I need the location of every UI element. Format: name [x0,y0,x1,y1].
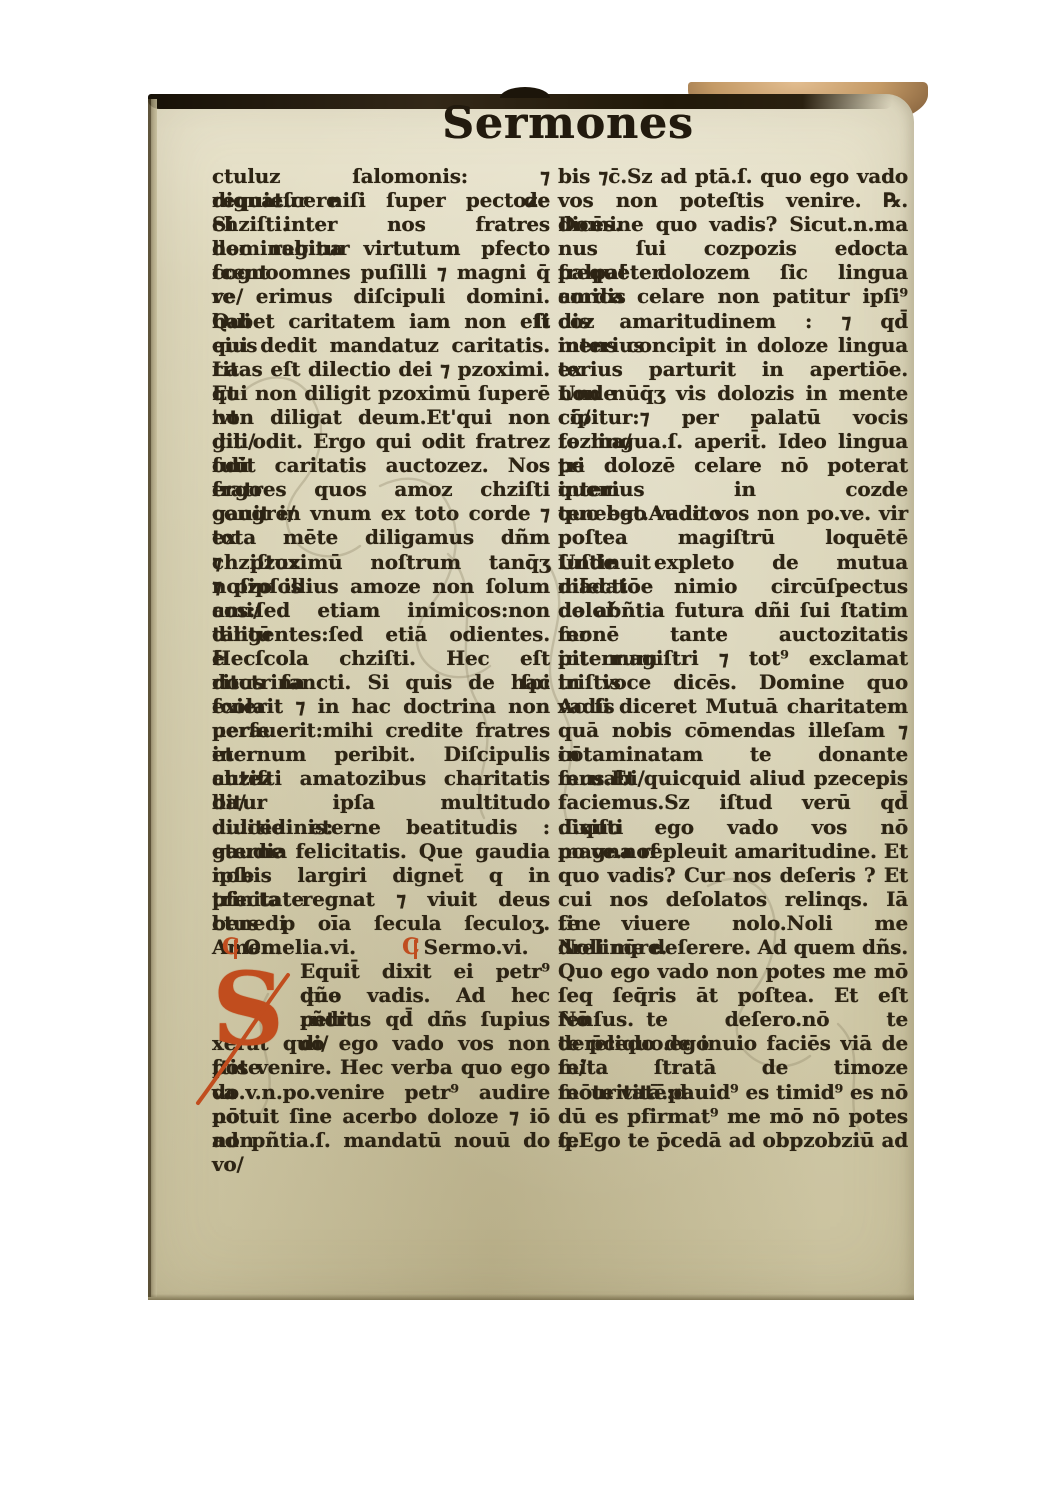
text-line: mens concipit in doloze lingua ex [558,333,908,357]
text-line: ritus ſancti. Si quis de hac ſcola [212,670,550,694]
text-line: hec regina virtutum pfecto cogno [212,236,550,260]
text-line: te viuere nolo.Noli me drelinq̄re. [558,911,908,935]
text-line: ctus p oīa ſecula ſeculoʒ. Amen. [212,911,550,935]
text-line: chziſti amatozibus charitatis da/ [212,766,550,790]
text-line: bis ⁊c̄.Sz ad ptā.ſ. quo ego vado [558,164,908,188]
text-line: Noli me deſerere. Ad quem dñs. [558,935,908,959]
book-page: Sermones ctuluz ſalomonis: ⁊ requieſcere… [148,94,914,1300]
text-line: q.Ego te p̄cedā ad obpzobziū ad [558,1128,908,1152]
text-line: te p̄cedo de inuio faciēs viā de ſe/ [558,1031,908,1055]
text-line: vos non poteſtis venire. ℞. dicēs. [558,188,908,212]
text-line: ſeq ſeq̄ris āt poſtea. Et eſt ſenſus. [558,983,908,1007]
text-line: monē tante auctozitatis interrum [558,622,908,646]
scanned-book-photo: Sermones ctuluz ſalomonis: ⁊ requieſcere… [0,0,1060,1500]
text-line: Si inter nos fratres dominabitur [212,212,550,236]
text-line: Unde expleto de mutua dilectiōe [558,550,908,574]
text-line: ritas eſt dilectio dei ⁊ pzoximi. Et [212,357,550,381]
text-line: nobis largiri dignet̄ q in trinitate [212,863,550,887]
text-line: ē ſcola chziſti. Hec eſt doctrina ſpi [212,646,550,670]
text-line: palpat dolozem ſic lingua cordis [558,260,908,284]
text-line: do.v.n.po.venire petr⁹ audire nō [212,1080,550,1104]
text-line: habet caritatem iam non eſt eius [212,309,550,333]
text-line: te lingua.ſ. aperit̄. Ideo lingua pe [558,429,908,453]
text-line: diligentes:ſed etiā odientes. Hec [212,622,550,646]
left-column: ctuluz ſalomonis: ⁊ requieſcere dedignat… [212,164,550,1152]
text-line: dis amaritudinem : ⁊ qd̄ interius [558,309,908,333]
drop-cap-block: S Equit̄ dixit ei petr⁹ dñequo vadis. Ad… [212,959,550,1031]
text-line: mus.Et quicquid aliud pzecepis [558,766,908,790]
running-title: Sermones [442,98,694,149]
text-line: xerat quo ego vado vos non pote [212,1031,550,1055]
text-line: mōte vitā.pauid⁹ es timid⁹ es nō [558,1080,908,1104]
text-line: quo vadis? Cur nos deſeris ? Et [558,863,908,887]
text-line: ſcent omnes puſilli ⁊ magni q̄ ve/ [212,260,550,284]
text-line: quo ego vado vos non po.ve. vir [558,501,908,525]
left-column-closing: xerat quo ego vado vos non poteſtis veni… [212,1031,550,1151]
text-line: ad pñtia.ſ. mandatū nouū do vo/ [212,1128,550,1152]
text-line: tota mēte diligamus dñm chziſtuz [212,525,550,549]
text-line: bitur ipſa multitudo dulcedinis: [212,790,550,814]
right-column-body: bis ⁊c̄.Sz ad ptā.ſ. quo ego vadovos non… [558,164,908,1152]
sermon-heading: C Sermo.vi. [402,935,529,959]
text-line: non diligat deum.Et'qui non dili/ [212,405,550,429]
drop-cap-lines: Equit̄ dixit ei petr⁹ dñequo vadis. Ad h… [212,959,550,1031]
text-line: quā nobis cōmendas illeſam ⁊ in [558,718,908,742]
text-line: magna repleuit amaritudine. Et [558,839,908,863]
text-line: ſtis venire. Hec verba quo ego va [212,1055,550,1079]
capitulum-icon: C [222,935,240,959]
text-line: fratres quos amoz chziſti congre/ [212,477,550,501]
text-line: faciemus.Sz iſtud verū qd̄ dixiſti [558,790,908,814]
text-line: terius parturit in apertiōe. Unde [558,357,908,381]
text-line: cui nos deſolatos relinqs. Iā ſine [558,887,908,911]
text-line: cipitur:⁊ per palatū vocis fozma/ [558,405,908,429]
text-line: in voce dicēs. Domine quo vadis [558,670,908,694]
text-line: exierit ⁊ in hac doctrina non perſe [212,694,550,718]
text-line: pit magiſtri ⁊ tot⁹ exclamat triſtis [558,646,908,670]
text-line: dignatur niſi ſuper pectoze chziſti. [212,188,550,212]
text-line: qui dedit mandatuz caritatis. La [212,333,550,357]
text-line: tri dolozē celare nō poterat quem [558,453,908,477]
text-line: Equit̄ dixit ei petr⁹ dñe [212,959,550,983]
text-line: git odit. Ergo qui odit fratrez ſuū [212,429,550,453]
text-line: uerauerit:mihi credite fratres in [212,718,550,742]
text-line: cōtaminatam te donante ſeruabi/ [558,742,908,766]
text-line: ctuluz ſalomonis: ⁊ requieſcere de [212,164,550,188]
text-line: amica celare non patitur ipſi⁹ coz [558,284,908,308]
text-line: .ſ.quo ego vado vos nō po.ve.noſ [558,815,908,839]
left-column-body: ctuluz ſalomonis: ⁊ requieſcere dedignat… [212,164,550,935]
text-line: dū es pfirmat⁹ me mō nō potes ſe [558,1104,908,1128]
text-line: ⁊ pzo illius amoze non ſolum ami/ [212,574,550,598]
text-line: ⁊ pzoximū noſtrum tanq̄ʒ noſipſos [212,550,550,574]
text-line: poſtea magiſtrū loquētē ſuſtinuit [558,525,908,549]
text-line: quo vadis. Ad hec rñdit [212,983,550,1007]
text-line: eterne felicitatis. Que gaudia ipſe [212,839,550,863]
text-line: mādato nimio circūſpectus doloř [558,574,908,598]
text-line: re erimus diſcipuli domini. Qui ſi [212,284,550,308]
capitulum-icon: C [402,935,420,959]
text-line: mita ſtratā de timoze ſecuritatē:d [558,1055,908,1079]
text-line: pfecta regnat ⁊ viuit deus benedi [212,887,550,911]
homily-label: Omelia.vi. [244,935,357,959]
text-line: diuitie eterne beatitudis : gaudia [212,815,550,839]
text-line: qui non diligit pzoximū ſuperē 'vt [212,381,550,405]
text-line: Nō te deſero.nō te dereliquo.ego [558,1007,908,1031]
text-line: gauit in vnum ex toto corde ⁊ ex [212,501,550,525]
right-column: bis ⁊c̄.Sz ad ptā.ſ. quo ego vadovos non… [558,164,908,1152]
homily-heading: C Omelia.vi. [222,935,356,959]
text-line: odit caritatis auctozez. Nos ergo [212,453,550,477]
sermon-label: Sermo.vi. [424,935,529,959]
text-line: Quo ego vado non potes me mō [558,959,908,983]
rubric-row: C Omelia.vi. C Sermo.vi. [212,935,550,959]
text-line: eternum peribit. Diſcipulis autez [212,742,550,766]
text-line: de abñtia futura dñi ſui ſtatim ſer [558,598,908,622]
text-line: interius in cozde tenebat.Audito [558,477,908,501]
text-line: petrus qd̄ dñs ſupius di/ [212,1007,550,1031]
text-line: potuit ſine acerbo doloze ⁊ iō non [212,1104,550,1128]
text-line: cos:ſed etiam inimicos:non tantū [212,598,550,622]
text-line: non nūq̄ʒ vis dolozis in mente cō/ [558,381,908,405]
text-line: Domine quo vadis? Sicut.n.ma [558,212,908,236]
text-line: Ac ſi diceret Mutuā charitatem [558,694,908,718]
text-line: nus ſui cozpozis edocta frequēter [558,236,908,260]
